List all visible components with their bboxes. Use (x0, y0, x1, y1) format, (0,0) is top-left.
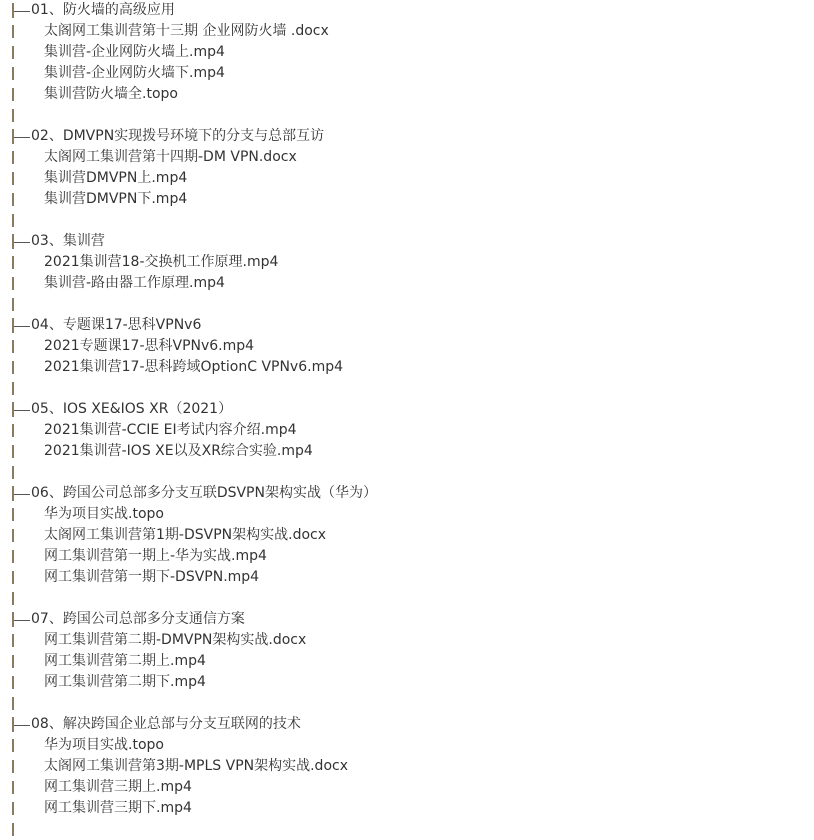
tree-branch-icon (11, 231, 31, 252)
folder-row: 04、专题课17-思科VPNv6 (11, 315, 377, 336)
file-row: 2021专题课17-思科VPNv6.mp4 (11, 336, 377, 357)
folder-row: 02、DMVPN实现拨号环境下的分支与总部互访 (11, 126, 377, 147)
file-name: 网工集训营第二期上.mp4 (44, 651, 206, 672)
file-row: 网工集训营第二期-DMVPN架构实战.docx (11, 630, 377, 651)
folder-label: 08、解决跨国企业总部与分支互联网的技术 (31, 714, 301, 735)
tree-pipe-icon (11, 693, 44, 714)
tree-pipe-icon (11, 651, 44, 672)
tree-pipe-icon (11, 84, 44, 105)
tree-pipe-icon (11, 735, 44, 756)
file-row: 2021集训营-IOS XE以及XR综合实验.mp4 (11, 441, 377, 462)
tree-pipe-icon (11, 42, 44, 63)
folder-row: 03、集训营 (11, 231, 377, 252)
spacer-row (11, 693, 377, 714)
folder-label: 04、专题课17-思科VPNv6 (31, 315, 201, 336)
file-row: 2021集训营18-交换机工作原理.mp4 (11, 252, 377, 273)
file-name: 网工集训营第二期-DMVPN架构实战.docx (44, 630, 306, 651)
file-row: 网工集训营第一期上-华为实战.mp4 (11, 546, 377, 567)
tree-pipe-icon (11, 294, 44, 315)
tree-branch-icon (11, 609, 31, 630)
tree-pipe-icon (11, 252, 44, 273)
tree-pipe-icon (11, 378, 44, 399)
file-name: 太阁网工集训营第1期-DSVPN架构实战.docx (44, 525, 326, 546)
file-name: 集训营防火墙全.topo (44, 84, 178, 105)
tree-pipe-icon (11, 756, 44, 777)
tree-branch-icon (11, 399, 31, 420)
file-name: 网工集训营三期下.mp4 (44, 798, 192, 819)
file-name: 集训营-企业网防火墙上.mp4 (44, 42, 225, 63)
file-row: 网工集训营第一期下-DSVPN.mp4 (11, 567, 377, 588)
file-row: 2021集训营-CCIE EI考试内容介绍.mp4 (11, 420, 377, 441)
file-row: 太阁网工集训营第3期-MPLS VPN架构实战.docx (11, 756, 377, 777)
tree-pipe-icon (11, 420, 44, 441)
spacer-row (11, 294, 377, 315)
tree-pipe-icon (11, 525, 44, 546)
tree-pipe-icon (11, 504, 44, 525)
file-row: 太阁网工集训营第十四期-DM VPN.docx (11, 147, 377, 168)
tree-pipe-icon (11, 189, 44, 210)
tree-branch-icon (11, 315, 31, 336)
tree-pipe-icon (11, 357, 44, 378)
folder-label: 01、防火墙的高级应用 (31, 0, 175, 21)
tree-pipe-icon (11, 105, 44, 126)
file-name: 太阁网工集训营第十三期 企业网防火墙 .docx (44, 21, 329, 42)
tree-pipe-icon (11, 672, 44, 693)
tree-pipe-icon (11, 630, 44, 651)
tree-branch-icon (11, 0, 31, 21)
tree-pipe-icon (11, 63, 44, 84)
folder-row: 06、跨国公司总部多分支互联DSVPN架构实战（华为） (11, 483, 377, 504)
folder-label: 03、集训营 (31, 231, 105, 252)
file-name: 网工集训营三期上.mp4 (44, 777, 192, 798)
file-name: 2021集训营-CCIE EI考试内容介绍.mp4 (44, 420, 297, 441)
tree-branch-icon (11, 126, 31, 147)
file-row: 华为项目实战.topo (11, 735, 377, 756)
file-name: 华为项目实战.topo (44, 504, 164, 525)
tree-pipe-icon (11, 798, 44, 819)
directory-tree: 01、防火墙的高级应用太阁网工集训营第十三期 企业网防火墙 .docx集训营-企… (11, 0, 377, 824)
tree-branch-icon (11, 714, 31, 735)
folder-label: 07、跨国公司总部多分支通信方案 (31, 609, 245, 630)
file-name: 2021集训营18-交换机工作原理.mp4 (44, 252, 278, 273)
file-name: 集训营-企业网防火墙下.mp4 (44, 63, 225, 84)
file-name: 网工集训营第二期下.mp4 (44, 672, 206, 693)
tree-pipe-icon (11, 819, 44, 824)
folder-label: 06、跨国公司总部多分支互联DSVPN架构实战（华为） (31, 483, 377, 504)
file-row: 集训营DMVPN上.mp4 (11, 168, 377, 189)
tree-pipe-icon (11, 21, 44, 42)
file-name: 网工集训营第一期上-华为实战.mp4 (44, 546, 267, 567)
tree-pipe-icon (11, 441, 44, 462)
tree-pipe-icon (11, 210, 44, 231)
file-row: 集训营-路由器工作原理.mp4 (11, 273, 377, 294)
tree-pipe-icon (11, 147, 44, 168)
tree-branch-icon (11, 483, 31, 504)
tree-pipe-icon (11, 462, 44, 483)
file-row: 网工集训营第二期下.mp4 (11, 672, 377, 693)
file-name: 华为项目实战.topo (44, 735, 164, 756)
spacer-row (11, 588, 377, 609)
file-name: 太阁网工集训营第3期-MPLS VPN架构实战.docx (44, 756, 348, 777)
folder-label: 05、IOS XE&IOS XR（2021） (31, 399, 232, 420)
file-row: 太阁网工集训营第1期-DSVPN架构实战.docx (11, 525, 377, 546)
spacer-row (11, 210, 377, 231)
file-row: 集训营DMVPN下.mp4 (11, 189, 377, 210)
tree-pipe-icon (11, 168, 44, 189)
file-row: 太阁网工集训营第十三期 企业网防火墙 .docx (11, 21, 377, 42)
tree-pipe-icon (11, 567, 44, 588)
file-name: 2021专题课17-思科VPNv6.mp4 (44, 336, 254, 357)
file-name: 2021集训营17-思科跨域OptionC VPNv6.mp4 (44, 357, 343, 378)
file-row: 集训营防火墙全.topo (11, 84, 377, 105)
folder-row: 08、解决跨国企业总部与分支互联网的技术 (11, 714, 377, 735)
file-row: 2021集训营17-思科跨域OptionC VPNv6.mp4 (11, 357, 377, 378)
spacer-row (11, 378, 377, 399)
spacer-row (11, 462, 377, 483)
tree-pipe-icon (11, 336, 44, 357)
file-row: 网工集训营三期下.mp4 (11, 798, 377, 819)
file-name: 集训营DMVPN下.mp4 (44, 189, 187, 210)
file-name: 太阁网工集训营第十四期-DM VPN.docx (44, 147, 297, 168)
file-row: 网工集训营第二期上.mp4 (11, 651, 377, 672)
file-row: 集训营-企业网防火墙下.mp4 (11, 63, 377, 84)
file-name: 网工集训营第一期下-DSVPN.mp4 (44, 567, 259, 588)
file-row: 集训营-企业网防火墙上.mp4 (11, 42, 377, 63)
folder-row: 05、IOS XE&IOS XR（2021） (11, 399, 377, 420)
file-row: 网工集训营三期上.mp4 (11, 777, 377, 798)
spacer-row (11, 819, 377, 824)
spacer-row (11, 105, 377, 126)
file-row: 华为项目实战.topo (11, 504, 377, 525)
file-name: 2021集训营-IOS XE以及XR综合实验.mp4 (44, 441, 313, 462)
folder-label: 02、DMVPN实现拨号环境下的分支与总部互访 (31, 126, 324, 147)
tree-pipe-icon (11, 588, 44, 609)
file-name: 集训营DMVPN上.mp4 (44, 168, 187, 189)
tree-pipe-icon (11, 777, 44, 798)
tree-pipe-icon (11, 273, 44, 294)
folder-row: 07、跨国公司总部多分支通信方案 (11, 609, 377, 630)
folder-row: 01、防火墙的高级应用 (11, 0, 377, 21)
file-name: 集训营-路由器工作原理.mp4 (44, 273, 225, 294)
tree-pipe-icon (11, 546, 44, 567)
